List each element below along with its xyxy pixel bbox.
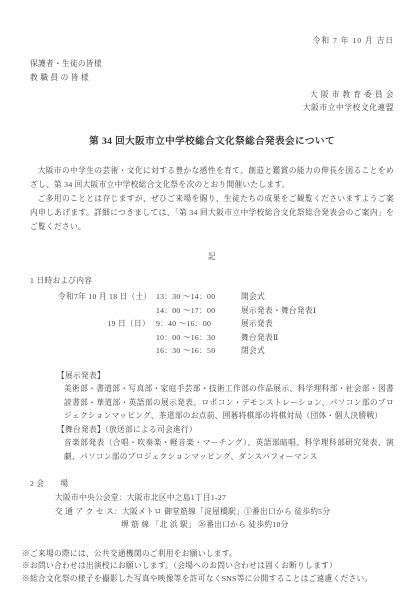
schedule-time: 10：00 ～16：30 [150,331,236,345]
schedule-event: 開会式 [236,290,394,304]
section1-heading: 1 日時および内容 [30,275,394,286]
note-line-transport: ※ご来場の際には、公共交通機関のご利用をお願いします。 [22,548,394,561]
schedule-date [58,304,150,318]
sender-board-of-education: 大 阪 市 教 育 委 員 会 [30,88,394,101]
schedule-row: 令和7年 10 月 18 日（土） 13：30 ～14：00 開会式 [58,290,394,304]
exhibition-label: 【展示発表】 [57,369,394,383]
recipient-line-parents-students: 保護者・生徒の皆様 [30,57,394,71]
section2-heading: 2 会 場 [30,478,394,489]
ki-mark: 記 [30,251,394,262]
schedule-time: 13：30 ～14：00 [150,290,236,304]
note-line-sns: ※総合文化祭の様子を撮影した写真や映像等を許可なくSNS等に公開することはご遠慮… [22,573,394,586]
schedule-row: 19 日（日） 9：40 ～16：00 展示発表 [58,317,394,331]
body-paragraph-2: ご多用のこととは存じますが、ぜひご来場を賜り、生徒たちの成果をご観覧くださいます… [30,192,394,234]
schedule-table: 令和7年 10 月 18 日（土） 13：30 ～14：00 開会式 14：00… [58,290,394,358]
document-page: 令和 7 年 10 月 吉日 保護者・生徒の皆様 教 職 員 の 皆 様 大 阪… [0,0,420,597]
body-text: 大阪市の中学生の芸術・文化に対する豊かな感性を育て、創造と鑑賞の能力の伸長を図る… [30,164,394,234]
notes-block: ※ご来場の際には、公共交通機関のご利用をお願いします。 ※お問い合わせは出演校に… [22,548,394,586]
exhibition-text: 美術部・書道部・写真部・家庭手芸部・技術工作部の作品展示、科学理科部・社会部・図… [57,382,394,423]
access-line-2: 堺 筋 線 「北 浜 駅」 ㉖番出口から 徒歩約10分 [121,518,394,532]
document-title: 第 34 回大阪市立中学校総合文化祭総合発表会について [30,133,394,147]
sender-culture-federation: 大阪市立中学校文化連盟 [30,101,394,114]
schedule-time: 16：30 ～16：50 [150,344,236,358]
stage-label: 【舞台発表】（放送部による司会進行） [57,423,394,437]
schedule-row: 16：30 ～16：50 閉会式 [58,344,394,358]
schedule-date: 令和7年 10 月 18 日（土） [58,290,150,304]
schedule-event: 展示発表・舞台発表Ⅰ [236,304,394,318]
schedule-time: 14：00 ～17：00 [150,304,236,318]
access-route-yodoyabashi: 大阪メトロ 御堂筋線「淀屋橋駅」①番出口から 徒歩約5分 [122,505,330,519]
schedule-row: 10：00 ～16：30 舞台発表Ⅱ [58,331,394,345]
note-line-inquiry: ※お問い合わせは出演校にお願いします。（会場へのお問い合わせは固くお断りします） [22,560,394,573]
recipient-block: 保護者・生徒の皆様 教 職 員 の 皆 様 [30,57,394,85]
stage-text: 音楽部発表（合唱・吹奏楽・軽音楽・マーチング）、英語部暗唱、科学理科部研究発表、… [57,436,394,463]
access-line-1: 交 通 ア ク セ ス： 大阪メトロ 御堂筋線「淀屋橋駅」①番出口から 徒歩約5… [55,505,394,519]
issue-date: 令和 7 年 10 月 吉日 [30,35,394,46]
schedule-date: 19 日（日） [58,317,150,331]
sender-block: 大 阪 市 教 育 委 員 会 大阪市立中学校文化連盟 [30,88,394,114]
venue-address: 大阪市中央公会堂：大阪市北区中之島1丁目1-27 [55,491,394,505]
schedule-time: 9：40 ～16：00 [150,317,236,331]
access-label: 交 通 ア ク セ ス： [55,505,122,519]
access-route-kitahama: 堺 筋 線 「北 浜 駅」 ㉖番出口から 徒歩約10分 [121,520,289,529]
schedule-event: 舞台発表Ⅱ [236,331,394,345]
schedule-event: 閉会式 [236,344,394,358]
stage-block: 【舞台発表】（放送部による司会進行） 音楽部発表（合唱・吹奏楽・軽音楽・マーチン… [57,423,394,464]
schedule-event: 展示発表 [236,317,394,331]
recipient-line-staff: 教 職 員 の 皆 様 [30,71,394,85]
schedule-date [58,331,150,345]
venue-block: 大阪市中央公会堂：大阪市北区中之島1丁目1-27 交 通 ア ク セ ス： 大阪… [55,491,394,532]
exhibition-block: 【展示発表】 美術部・書道部・写真部・家庭手芸部・技術工作部の作品展示、科学理科… [57,369,394,423]
schedule-row: 14：00 ～17：00 展示発表・舞台発表Ⅰ [58,304,394,318]
schedule-date [58,344,150,358]
body-paragraph-1: 大阪市の中学生の芸術・文化に対する豊かな感性を育て、創造と鑑賞の能力の伸長を図る… [30,164,394,192]
